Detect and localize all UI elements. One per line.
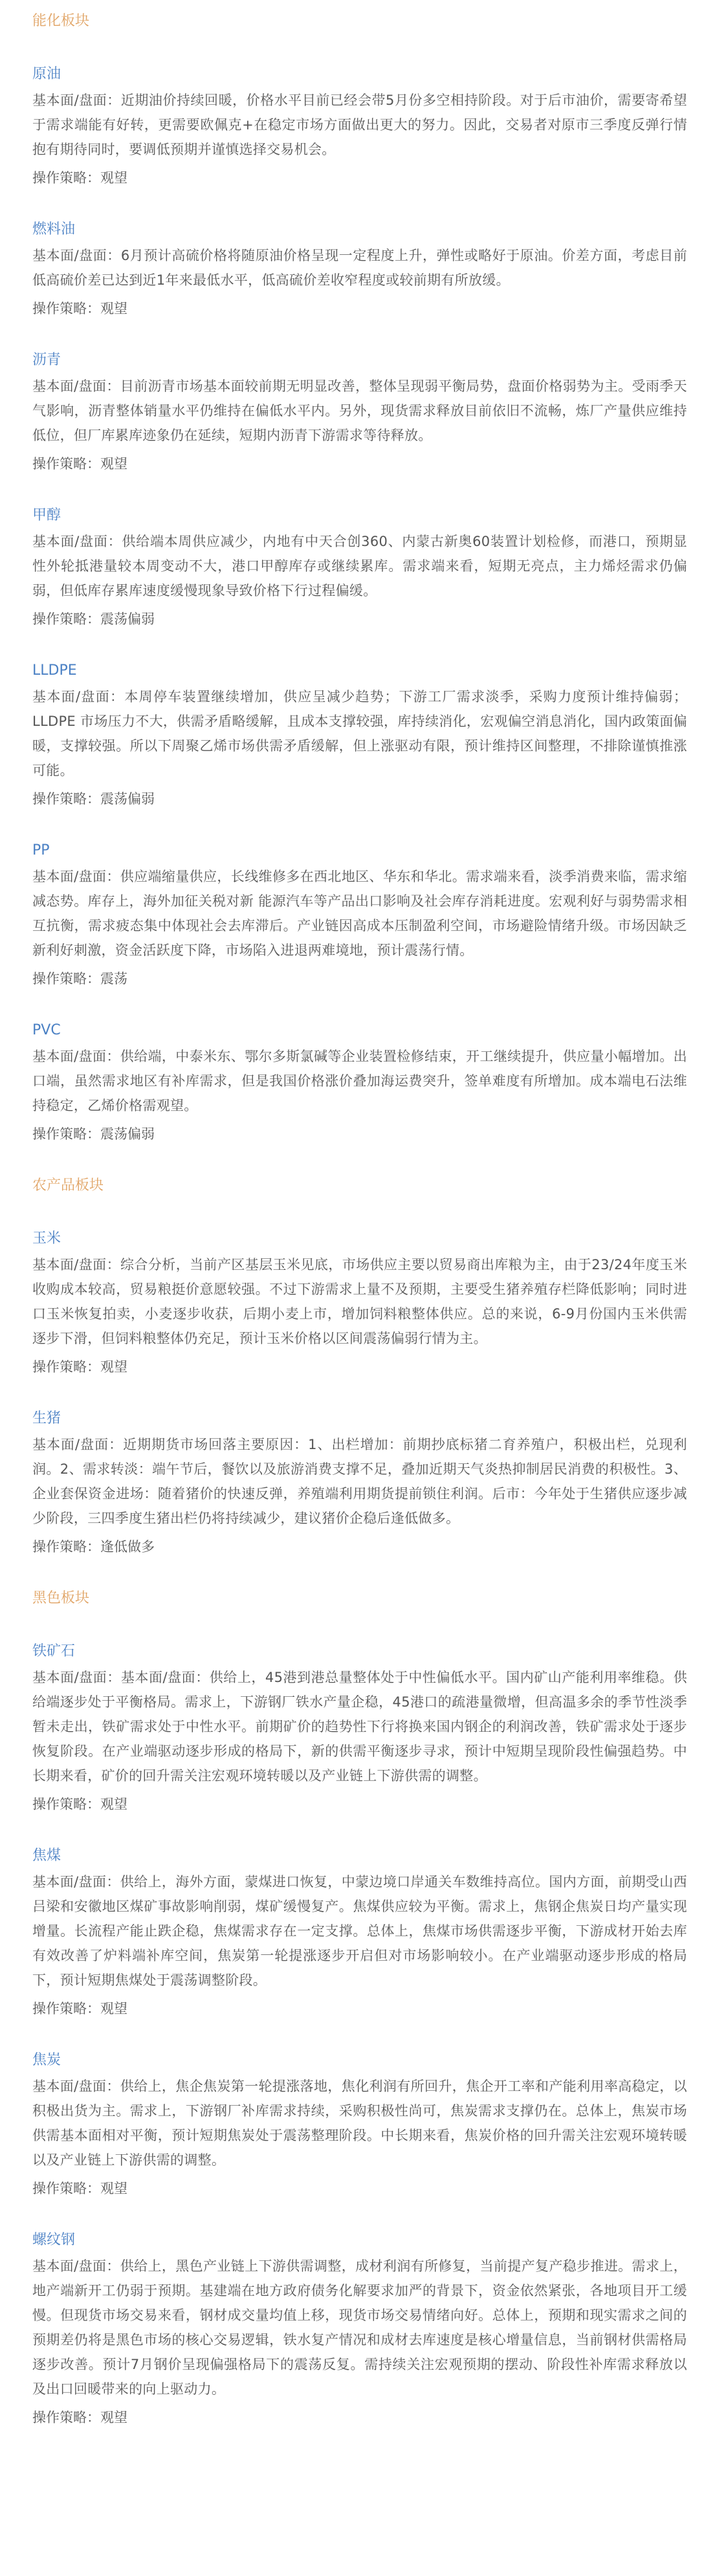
fundamentals-text: 基本面/盘面：供给上，海外方面，蒙煤进口恢复，中蒙边境口岸通关车数维持高位。国内… [32, 1870, 687, 1992]
commodity-title: 焦煤 [32, 1844, 687, 1868]
commodity-fuel-oil: 燃料油 基本面/盘面：6月预计高硫价格将随原油价格呈现一定程度上升，弹性或略好于… [32, 217, 687, 321]
commodity-title: LLDPE [32, 659, 687, 683]
commodity-title: 焦炭 [32, 2048, 687, 2073]
fundamentals-text: 基本面/盘面：近期油价持续回暖，价格水平目前已经会带5月份多空相持阶段。对于后市… [32, 88, 687, 162]
commodity-title: PVC [32, 1018, 687, 1043]
commodity-title: 沥青 [32, 348, 687, 373]
commodity-methanol: 甲醇 基本面/盘面：供给端本周供应减少，内地有中天合创360、内蒙古新奥60装置… [32, 503, 687, 631]
fundamentals-text: 基本面/盘面：供给端，中泰米东、鄂尔多斯氯碱等企业装置检修结束，开工继续提升，供… [32, 1044, 687, 1118]
commodity-iron-ore: 铁矿石 基本面/盘面：基本面/盘面：供给上，45港到港总量整体处于中性偏低水平。… [32, 1639, 687, 1817]
fundamentals-text: 基本面/盘面：综合分析，当前产区基层玉米见底，市场供应主要以贸易商出库粮为主，由… [32, 1252, 687, 1351]
strategy-text: 操作策略：观望 [32, 1355, 687, 1379]
commodity-asphalt: 沥青 基本面/盘面：目前沥青市场基本面较前期无明显改善，整体呈现弱平衡局势，盘面… [32, 348, 687, 476]
sector-ferrous: 黑色板块 铁矿石 基本面/盘面：基本面/盘面：供给上，45港到港总量整体处于中性… [32, 1586, 687, 2430]
sector-title: 农产品板块 [32, 1173, 687, 1198]
fundamentals-text: 基本面/盘面：供给端本周供应减少，内地有中天合创360、内蒙古新奥60装置计划检… [32, 529, 687, 603]
commodity-lldpe: LLDPE 基本面/盘面：本周停车装置继续增加，供应呈减少趋势；下游工厂需求淡季… [32, 659, 687, 811]
strategy-text: 操作策略：观望 [32, 1996, 687, 2021]
strategy-text: 操作策略：观望 [32, 2405, 687, 2430]
commodity-live-hog: 生猪 基本面/盘面：近期期货市场回落主要原因：1、出栏增加：前期抄底标猪二育养殖… [32, 1406, 687, 1559]
commodity-corn: 玉米 基本面/盘面：综合分析，当前产区基层玉米见底，市场供应主要以贸易商出库粮为… [32, 1227, 687, 1379]
commodity-title: 燃料油 [32, 217, 687, 242]
commodity-rebar: 螺纹钢 基本面/盘面：供给上，黑色产业链上下游供需调整，成材利润有所修复，当前提… [32, 2228, 687, 2430]
strategy-text: 操作策略：观望 [32, 296, 687, 321]
sector-title: 能化板块 [32, 9, 687, 34]
strategy-text: 操作策略：震荡偏弱 [32, 607, 687, 631]
fundamentals-text: 基本面/盘面：6月预计高硫价格将随原油价格呈现一定程度上升，弹性或略好于原油。价… [32, 243, 687, 292]
commodity-crude-oil: 原油 基本面/盘面：近期油价持续回暖，价格水平目前已经会带5月份多空相持阶段。对… [32, 62, 687, 190]
fundamentals-text: 基本面/盘面：近期期货市场回落主要原因：1、出栏增加：前期抄底标猪二育养殖户，积… [32, 1432, 687, 1531]
commodity-title: 生猪 [32, 1406, 687, 1431]
commodity-title: 甲醇 [32, 503, 687, 528]
strategy-text: 操作策略：震荡偏弱 [32, 1122, 687, 1146]
fundamentals-text: 基本面/盘面：基本面/盘面：供给上，45港到港总量整体处于中性偏低水平。国内矿山… [32, 1665, 687, 1788]
strategy-text: 操作策略：震荡偏弱 [32, 787, 687, 811]
commodity-title: 铁矿石 [32, 1639, 687, 1664]
fundamentals-text: 基本面/盘面：供应端缩量供应，长线维修多在西北地区、华东和华北。需求端来看，淡季… [32, 864, 687, 963]
fundamentals-text: 基本面/盘面：供给上，焦企焦炭第一轮提涨落地，焦化利润有所回升，焦企开工率和产能… [32, 2074, 687, 2172]
fundamentals-text: 基本面/盘面：目前沥青市场基本面较前期无明显改善，整体呈现弱平衡局势，盘面价格弱… [32, 374, 687, 448]
strategy-text: 操作策略：观望 [32, 2176, 687, 2201]
strategy-text: 操作策略：观望 [32, 166, 687, 190]
strategy-text: 操作策略：观望 [32, 452, 687, 476]
commodity-title: PP [32, 838, 687, 863]
commodity-pp: PP 基本面/盘面：供应端缩量供应，长线维修多在西北地区、华东和华北。需求端来看… [32, 838, 687, 991]
sector-agriculture: 农产品板块 玉米 基本面/盘面：综合分析，当前产区基层玉米见底，市场供应主要以贸… [32, 1173, 687, 1559]
commodity-coking-coal: 焦煤 基本面/盘面：供给上，海外方面，蒙煤进口恢复，中蒙边境口岸通关车数维持高位… [32, 1844, 687, 2021]
commodity-coke: 焦炭 基本面/盘面：供给上，焦企焦炭第一轮提涨落地，焦化利润有所回升，焦企开工率… [32, 2048, 687, 2201]
market-report: 能化板块 原油 基本面/盘面：近期油价持续回暖，价格水平目前已经会带5月份多空相… [0, 0, 704, 2430]
commodity-title: 螺纹钢 [32, 2228, 687, 2253]
commodity-pvc: PVC 基本面/盘面：供给端，中泰米东、鄂尔多斯氯碱等企业装置检修结束，开工继续… [32, 1018, 687, 1146]
sector-title: 黑色板块 [32, 1586, 687, 1611]
strategy-text: 操作策略：逢低做多 [32, 1534, 687, 1559]
commodity-title: 原油 [32, 62, 687, 87]
strategy-text: 操作策略：观望 [32, 1792, 687, 1817]
fundamentals-text: 基本面/盘面：本周停车装置继续增加，供应呈减少趋势；下游工厂需求淡季，采购力度预… [32, 684, 687, 783]
fundamentals-text: 基本面/盘面：供给上，黑色产业链上下游供需调整，成材利润有所修复，当前提产复产稳… [32, 2254, 687, 2401]
strategy-text: 操作策略：震荡 [32, 966, 687, 991]
commodity-title: 玉米 [32, 1227, 687, 1251]
sector-energy-chemical: 能化板块 原油 基本面/盘面：近期油价持续回暖，价格水平目前已经会带5月份多空相… [32, 9, 687, 1146]
